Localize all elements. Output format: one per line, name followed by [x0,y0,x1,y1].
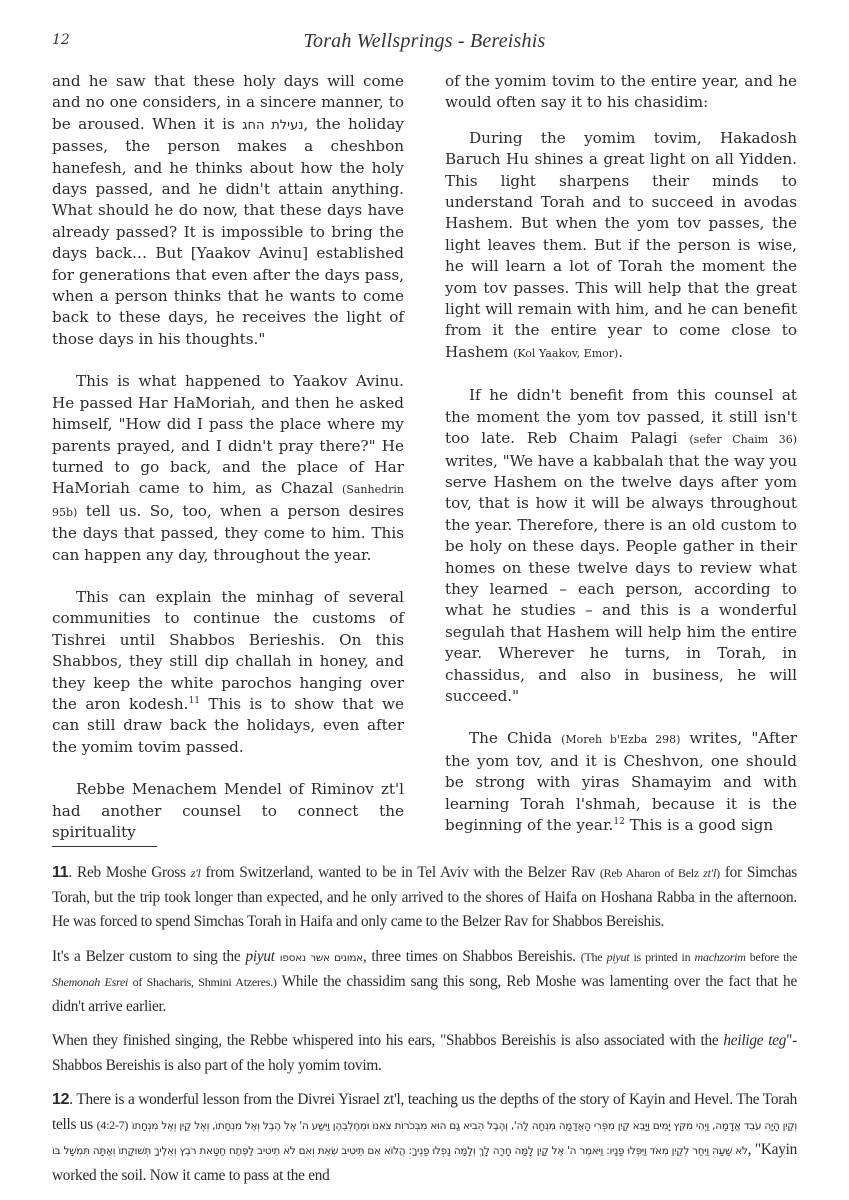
source-citation: (sefer Chaim 36) [689,433,797,446]
source-citation: (4:2-7) [97,1118,129,1132]
footnote-11-continued: It's a Belzer custom to sing the piyut א… [52,945,797,1020]
footnote-divider [52,846,157,847]
right-column: of the yomim tovim to the entire year, a… [445,71,797,857]
hebrew-phrase: אמונים אשר נאספו [280,952,363,964]
paragraph: This can explain the minhag of several c… [52,587,404,758]
paragraph: During the yomim tovim, Hakadosh Baruch … [445,128,797,364]
footnote-11-continued: When they finished singing, the Rebbe wh… [52,1029,797,1078]
paragraph: If he didn't benefit from this counsel a… [445,385,797,707]
footnote-ref-11[interactable]: 11 [189,696,200,706]
footnote-ref-12[interactable]: 12 [613,817,624,827]
paragraph: of the yomim tovim to the entire year, a… [445,71,797,114]
footnote-number: 12 [52,1091,69,1108]
left-column: and he saw that these holy days will com… [52,71,404,864]
footnote-11: 11. Reb Moshe Gross z'l from Switzerland… [52,861,797,935]
running-header: 12 Torah Wellsprings - Bereishis [52,30,797,56]
source-citation: (Kol Yaakov, Emor) [513,347,618,360]
book-page: 12 Torah Wellsprings - Bereishis and he … [0,0,849,1200]
footnote-12: 12. There is a wonderful lesson from the… [52,1088,797,1188]
footnote-number: 11 [52,864,68,881]
hebrew-phrase: נעילת החג [242,118,303,133]
paragraph: The Chida (Moreh b'Ezba 298) writes, "Af… [445,728,797,836]
hebrew-verse: וְקַיִן הָיָה עֹבֵד אֲדָמָה, וַיְהִי מִק… [52,1120,797,1158]
source-citation: (Moreh b'Ezba 298) [561,733,680,746]
paragraph: This is what happened to Yaakov Avinu. H… [52,371,404,566]
paragraph: Rebbe Menachem Mendel of Riminov zt'l ha… [52,779,404,843]
running-title: Torah Wellsprings - Bereishis [52,30,797,53]
paragraph: and he saw that these holy days will com… [52,71,404,350]
source-citation: (Reb Aharon of Belz zt'l) [600,866,720,880]
footnotes-section: 11. Reb Moshe Gross z'l from Switzerland… [52,861,797,1198]
